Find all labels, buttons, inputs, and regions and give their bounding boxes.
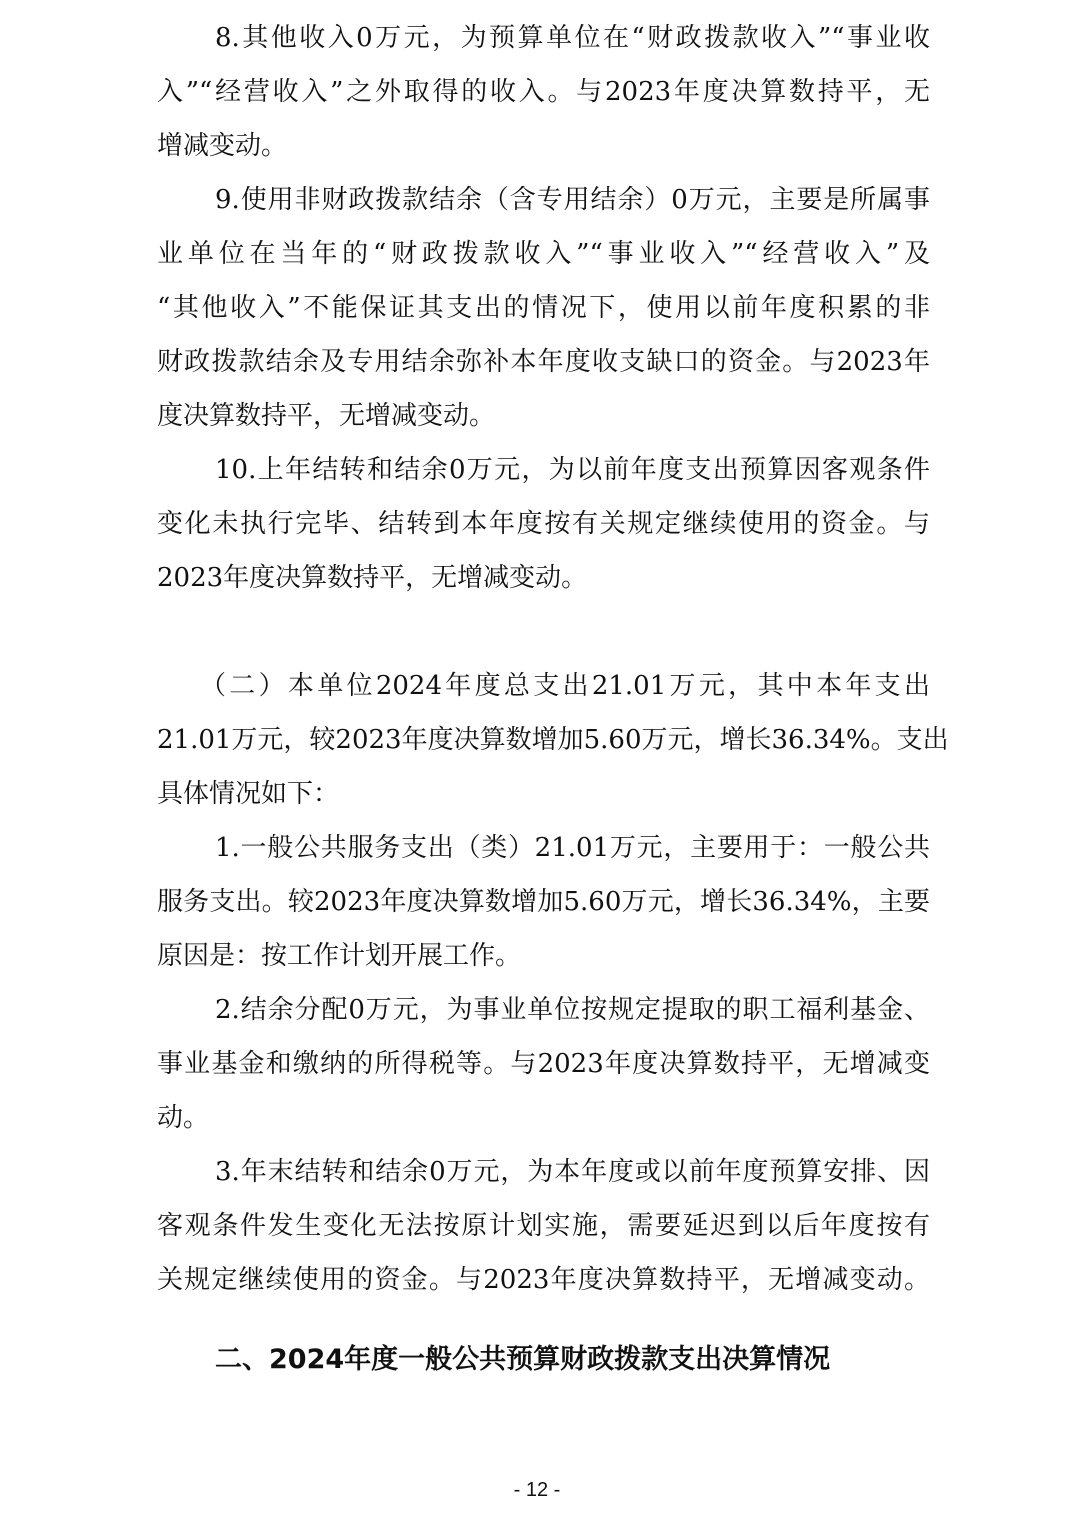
- paragraph-line: 关规定继续使用的资金。与2023年度决算数持平，无增减变动。: [157, 1260, 930, 1300]
- paragraph-line: 10.上年结转和结余0万元，为以前年度支出预算因客观条件: [215, 450, 930, 490]
- paragraph-line: 客观条件发生变化无法按原计划实施，需要延迟到以后年度按有: [157, 1206, 930, 1246]
- paragraph-line: 变化未执行完毕、结转到本年度按有关规定继续使用的资金。与: [157, 504, 930, 544]
- paragraph-line: 入”“经营收入”之外取得的收入。与2023年度决算数持平，无: [157, 72, 930, 112]
- paragraph-line: 8.其他收入0万元，为预算单位在“财政拨款收入”“事业收: [215, 18, 930, 58]
- paragraph-line: 2.结余分配0万元，为事业单位按规定提取的职工福利基金、: [215, 990, 930, 1030]
- paragraph-line: 21.01万元，较2023年度决算数增加5.60万元，增长36.34%。支出: [157, 720, 930, 760]
- paragraph-line: 业单位在当年的“财政拨款收入”“事业收入”“经营收入”及: [157, 234, 930, 274]
- paragraph-line: 动。: [157, 1098, 930, 1138]
- paragraph-line: 具体情况如下：: [157, 774, 930, 814]
- section-heading: 二、2024年度一般公共预算财政拨款支出决算情况: [215, 1340, 830, 1380]
- paragraph-line: 事业基金和缴纳的所得税等。与2023年度决算数持平，无增减变: [157, 1044, 930, 1084]
- paragraph-line: 3.年末结转和结余0万元，为本年度或以前年度预算安排、因: [215, 1152, 930, 1192]
- paragraph-line: 原因是：按工作计划开展工作。: [157, 936, 930, 976]
- paragraph-line: 度决算数持平，无增减变动。: [157, 396, 930, 436]
- paragraph-line: 1.一般公共服务支出（类）21.01万元，主要用于：一般公共: [215, 828, 930, 868]
- paragraph-line: 财政拨款结余及专用结余弥补本年度收支缺口的资金。与2023年: [157, 342, 930, 382]
- document-page: 8.其他收入0万元，为预算单位在“财政拨款收入”“事业收 入”“经营收入”之外取…: [0, 0, 1074, 1520]
- paragraph-line: 服务支出。较2023年度决算数增加5.60万元，增长36.34%，主要: [157, 882, 930, 922]
- paragraph-line: 增减变动。: [157, 126, 930, 166]
- paragraph-line: “其他收入”不能保证其支出的情况下，使用以前年度积累的非: [157, 288, 930, 328]
- paragraph-line: （二）本单位2024年度总支出21.01万元，其中本年支出: [200, 666, 930, 706]
- page-number: - 12 -: [0, 1476, 1074, 1504]
- paragraph-line: 2023年度决算数持平，无增减变动。: [157, 558, 930, 598]
- paragraph-line: 9.使用非财政拨款结余（含专用结余）0万元，主要是所属事: [215, 180, 930, 220]
